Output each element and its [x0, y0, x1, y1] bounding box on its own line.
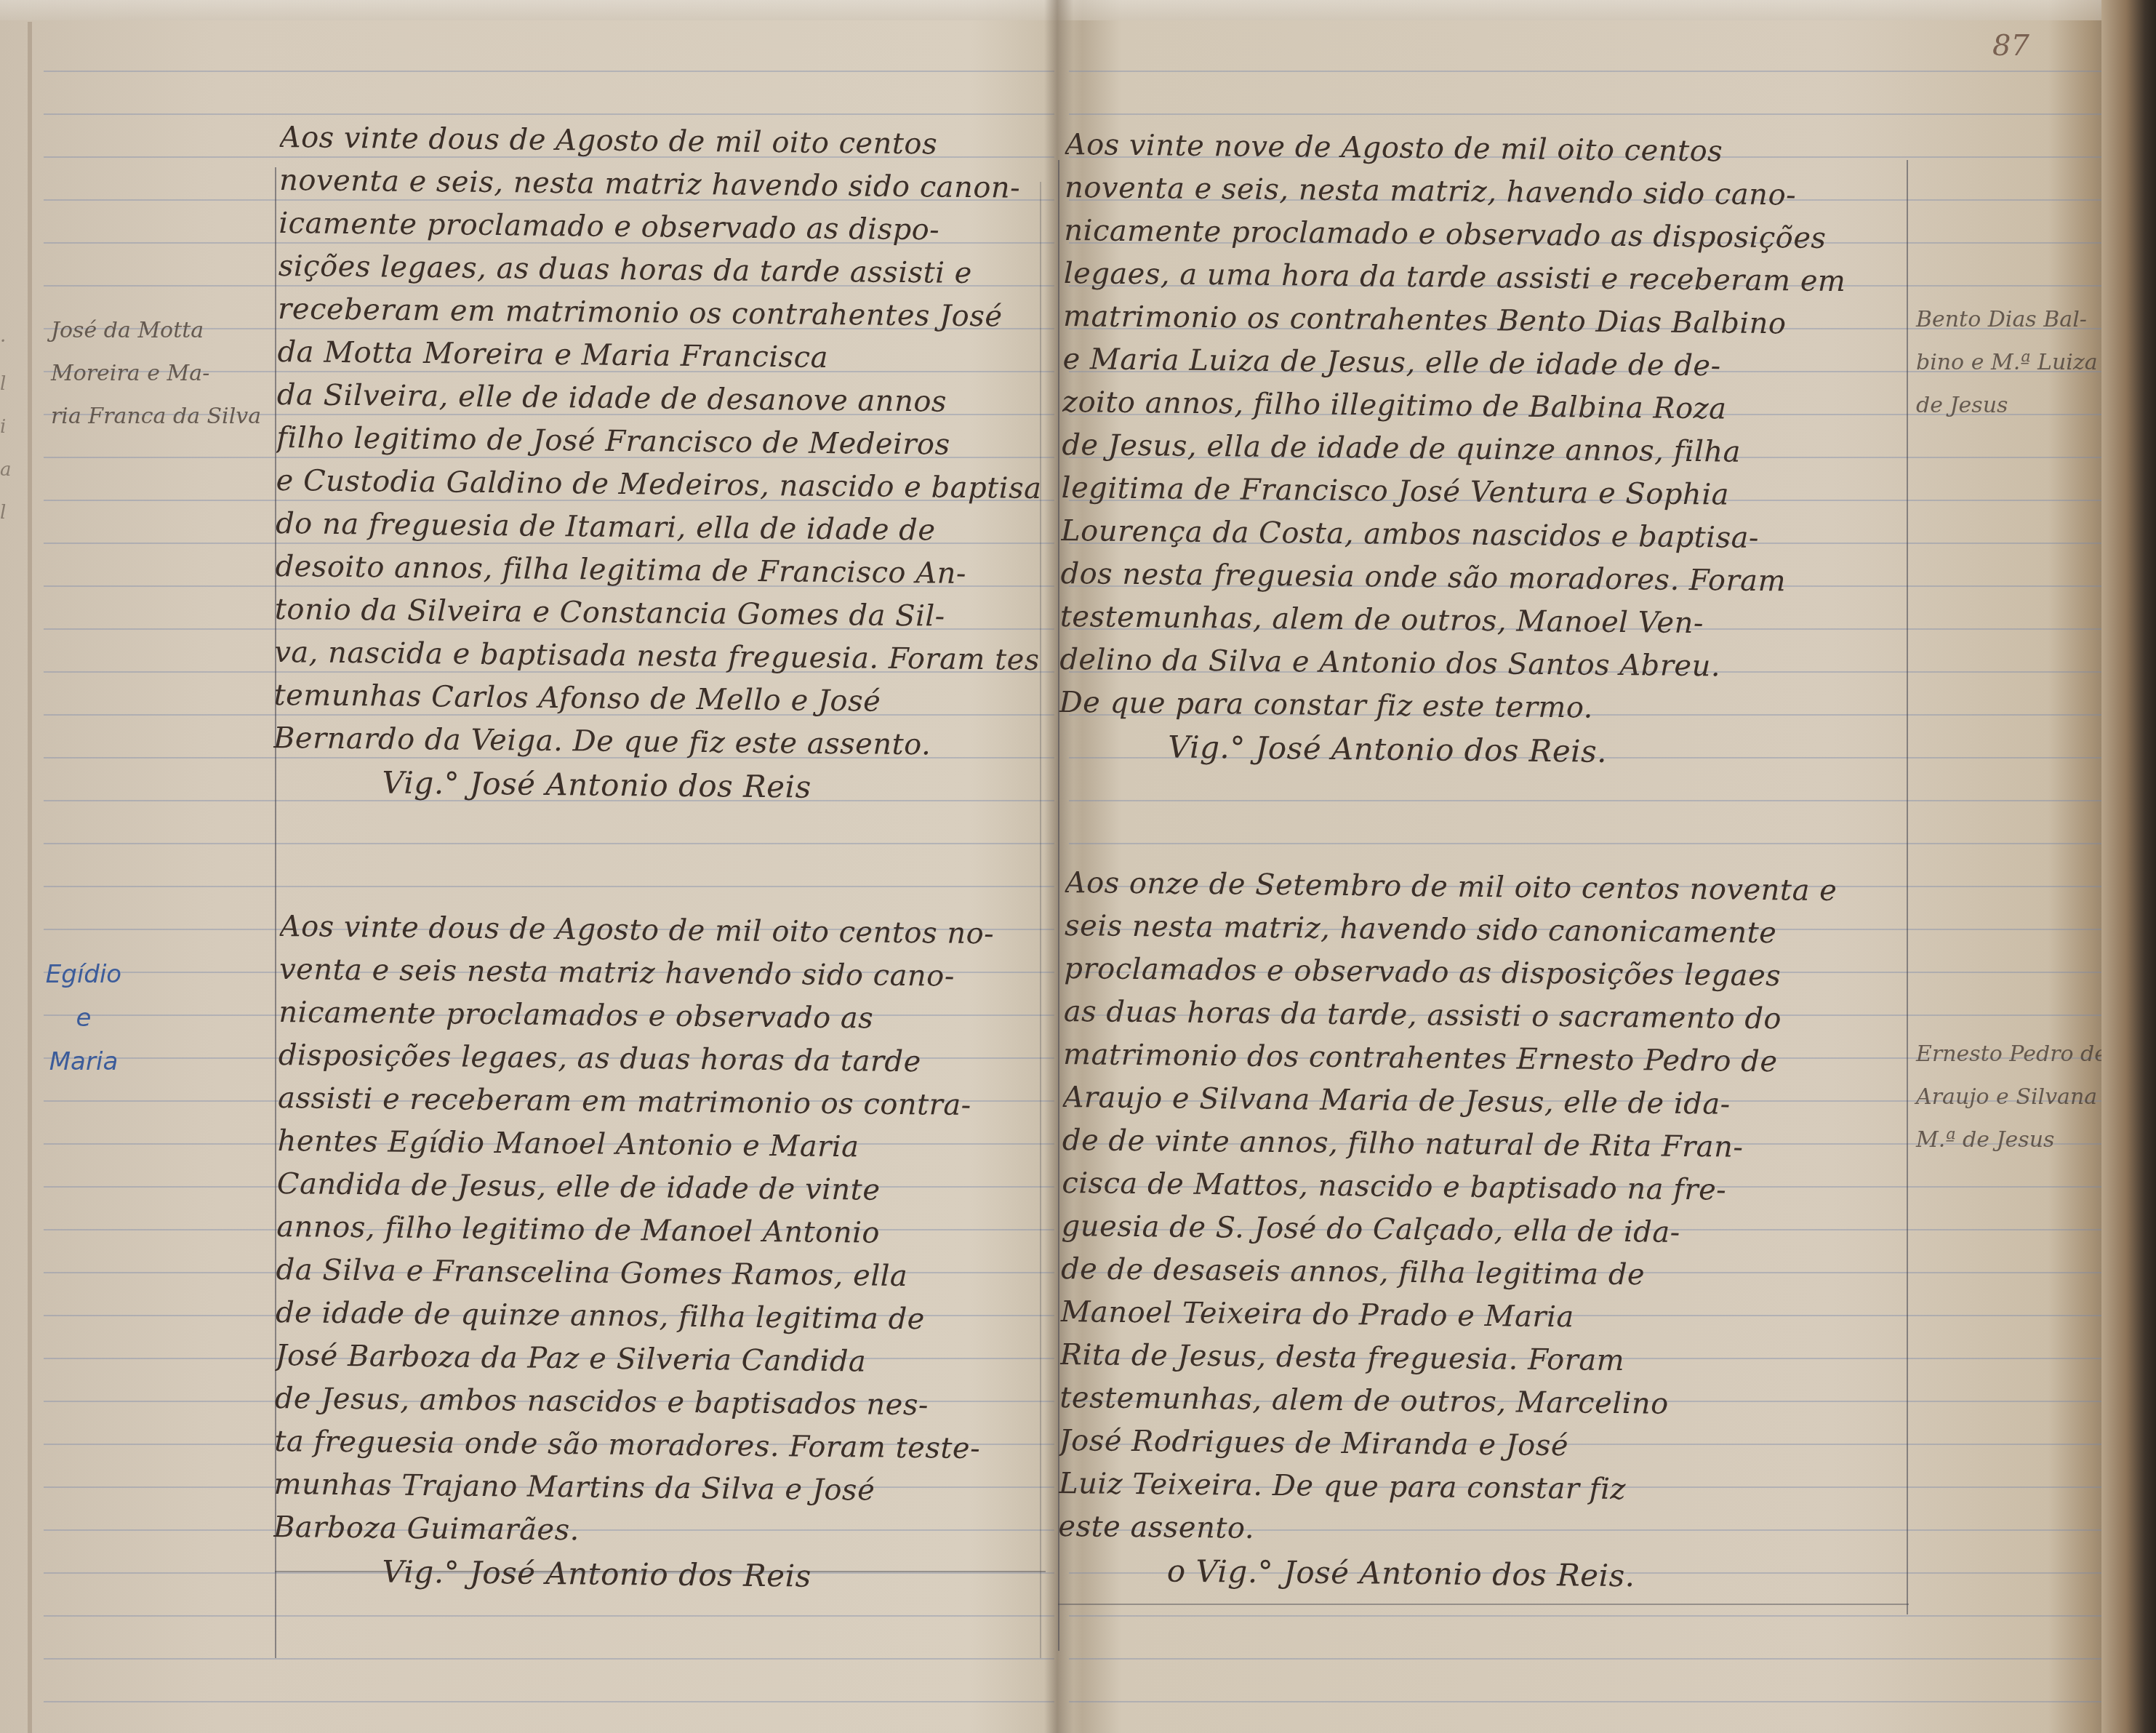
open-ledger: ·lial José da Motta Moreira e Ma- ria Fr…	[0, 0, 2156, 1733]
signature: Vig.° José Antonio dos Reis.	[1059, 724, 1896, 776]
right-entry-1: Aos vinte nove de Agosto de mil oito cen…	[1059, 124, 1901, 776]
right-margin-note-2: Ernesto Pedro de Araujo e Silvana M.ª de…	[1916, 1033, 2107, 1161]
signature: Vig.° José Antonio dos Reis	[273, 760, 1037, 811]
right-margin-note-1: Bento Dias Bal- bino e M.ª Luiza de Jesu…	[1916, 298, 2098, 427]
signature: o Vig.° José Antonio dos Reis.	[1057, 1548, 1894, 1600]
left-margin-note-1: José da Motta Moreira e Ma- ria Franca d…	[51, 309, 261, 438]
left-page-edge	[28, 22, 32, 1733]
book-fore-edge	[2101, 0, 2156, 1733]
pencil-annotation: Egídio e Maria	[29, 953, 138, 1084]
page-top-edge	[0, 0, 2156, 20]
left-entry-1: Aos vinte dous de Agosto de mil oito cen…	[273, 116, 1043, 811]
page-number: 87	[1992, 29, 2029, 63]
previous-page-edge-marks: ·lial	[0, 320, 22, 535]
right-entry-2: Aos onze de Setembro de mil oito centos …	[1057, 862, 1901, 1600]
right-page-margin-rule	[1907, 160, 1908, 1614]
signature: Vig.° José Antonio dos Reis	[273, 1549, 1037, 1600]
left-entry-2: Aos vinte dous de Agosto de mil oito cen…	[273, 905, 1043, 1600]
right-page-bottom-rule	[1058, 1604, 1909, 1605]
